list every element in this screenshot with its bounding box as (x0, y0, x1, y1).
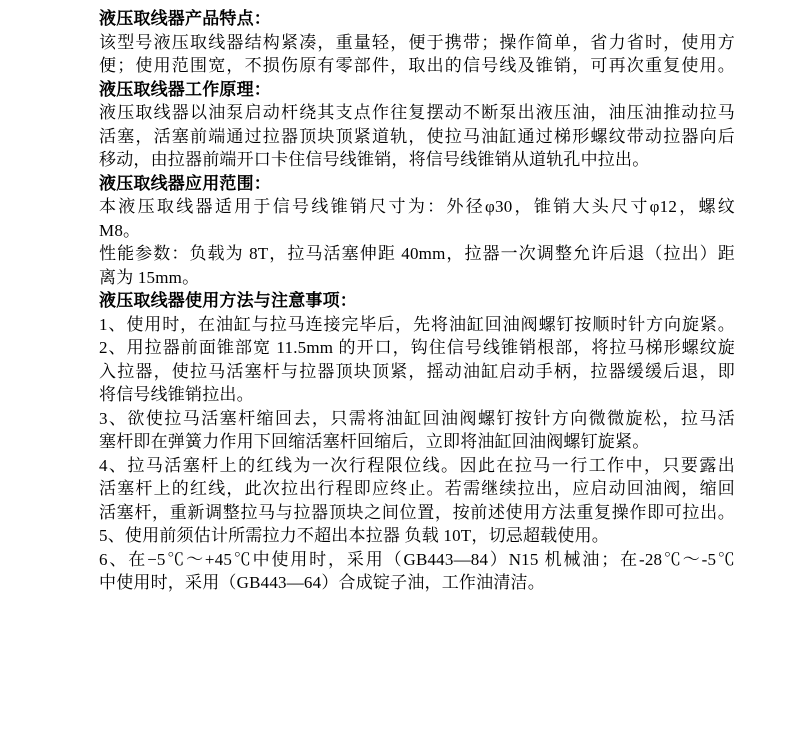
text-line: 2、用拉器前面锥部宽 11.5mm 的开口，钩住信号线锥销根部，将拉马梯形螺纹旋 (99, 336, 735, 360)
text-line: 本液压取线器适用于信号线锥销尺寸为：外径φ30，锥销大头尺寸φ12，螺纹 (99, 195, 735, 219)
text-line: 将信号线锥销拉出。 (99, 383, 735, 407)
text-line: 该型号液压取线器结构紧凑，重量轻，便于携带；操作简单，省力省时，使用方 (99, 31, 735, 55)
text-line: 移动，由拉器前端开口卡住信号线锥销，将信号线锥销从道轨孔中拉出。 (99, 148, 735, 172)
section-heading: 液压取线器产品特点： (99, 7, 735, 31)
text-line: M8。 (99, 219, 735, 243)
document-page: 液压取线器产品特点：该型号液压取线器结构紧凑，重量轻，便于携带；操作简单，省力省… (0, 0, 807, 733)
text-line: 3、欲使拉马活塞杆缩回去，只需将油缸回油阀螺钉按针方向微微旋松，拉马活 (99, 407, 735, 431)
text-line: 离为 15mm。 (99, 266, 735, 290)
section-heading: 液压取线器工作原理： (99, 78, 735, 102)
text-line: 6、在−5℃～+45℃中使用时，采用（GB443—84）N15 机械油；在-28… (99, 548, 735, 572)
text-line: 便；使用范围宽，不损伤原有零部件，取出的信号线及锥销，可再次重复使用。 (99, 54, 735, 78)
text-line: 5、使用前须估计所需拉力不超出本拉器 负载 10T，切忌超载使用。 (99, 524, 735, 548)
text-line: 活塞杆上的红线，此次拉出行程即应终止。若需继续拉出，应启动回油阀，缩回 (99, 477, 735, 501)
document-body: 液压取线器产品特点：该型号液压取线器结构紧凑，重量轻，便于携带；操作简单，省力省… (99, 7, 735, 595)
text-line: 性能参数：负载为 8T，拉马活塞伸距 40mm，拉器一次调整允许后退（拉出）距 (99, 242, 735, 266)
section-heading: 液压取线器应用范围： (99, 172, 735, 196)
text-line: 活塞杆，重新调整拉马与拉器顶块之间位置，按前述使用方法重复操作即可拉出。 (99, 501, 735, 525)
text-line: 活塞，活塞前端通过拉器顶块顶紧道轨，使拉马油缸通过梯形螺纹带动拉器向后 (99, 125, 735, 149)
section-heading: 液压取线器使用方法与注意事项： (99, 289, 735, 313)
text-line: 入拉器，使拉马活塞杆与拉器顶块顶紧，摇动油缸启动手柄，拉器缓缓后退，即 (99, 360, 735, 384)
text-line: 4、拉马活塞杆上的红线为一次行程限位线。因此在拉马一行工作中，只要露出 (99, 454, 735, 478)
text-line: 液压取线器以油泵启动杆绕其支点作往复摆动不断泵出液压油，油压油推动拉马 (99, 101, 735, 125)
text-line: 1、使用时，在油缸与拉马连接完毕后，先将油缸回油阀螺钉按顺时针方向旋紧。 (99, 313, 735, 337)
text-line: 塞杆即在弹簧力作用下回缩活塞杆回缩后，立即将油缸回油阀螺钉旋紧。 (99, 430, 735, 454)
text-line: 中使用时，采用（GB443—64）合成锭子油，工作油清洁。 (99, 571, 735, 595)
